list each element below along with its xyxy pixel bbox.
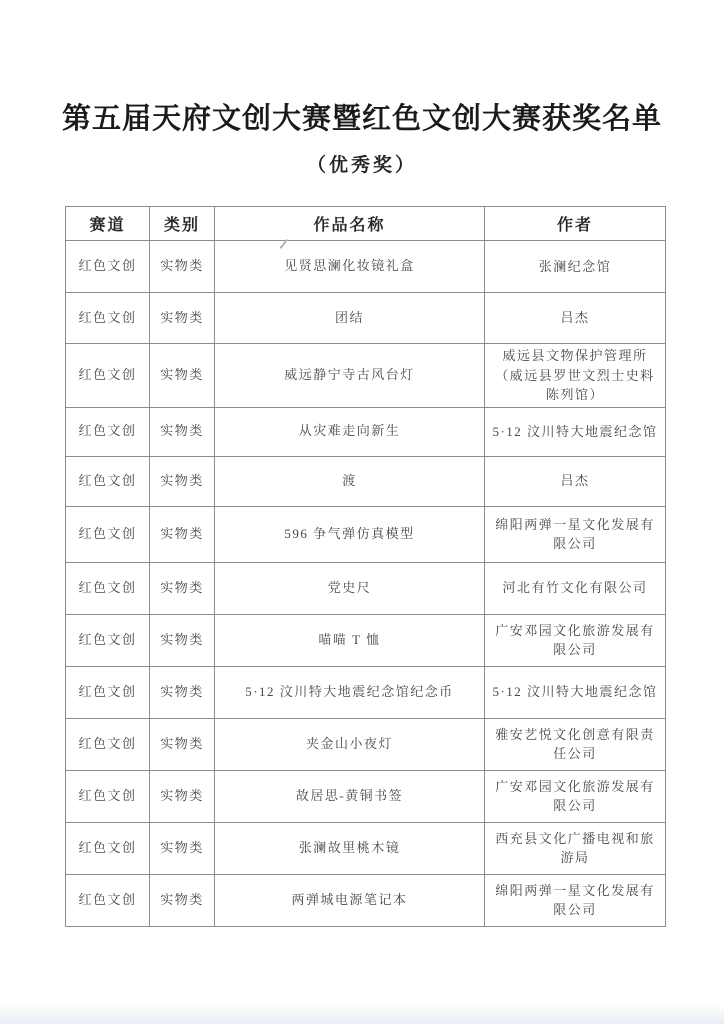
cell-track: 红色文创 xyxy=(66,293,150,344)
document-page: 第五届天府文创大赛暨红色文创大赛获奖名单 （优秀奖） 赛道 类别 作品名称 作者… xyxy=(0,0,724,1024)
table-header: 赛道 类别 作品名称 作者 xyxy=(66,207,666,241)
cell-track: 红色文创 xyxy=(66,874,150,926)
cell-work-name: 威远静宁寺古风台灯 xyxy=(215,344,485,408)
cell-category: 实物类 xyxy=(150,456,215,506)
col-header-work-name: 作品名称 xyxy=(215,207,485,241)
cell-work-name: 夹金山小夜灯 xyxy=(215,718,485,770)
table-row: 红色文创 实物类 两弹城电源笔记本 绵阳两弹一星文化发展有限公司 xyxy=(66,874,666,926)
header-row: 赛道 类别 作品名称 作者 xyxy=(66,207,666,241)
table-row: 红色文创 实物类 故居思-黄铜书签 广安邓园文化旅游发展有限公司 xyxy=(66,770,666,822)
cell-author: 张澜纪念馆 xyxy=(485,241,666,293)
cell-work-name: 故居思-黄铜书签 xyxy=(215,770,485,822)
cell-category: 实物类 xyxy=(150,770,215,822)
cell-track: 红色文创 xyxy=(66,718,150,770)
cell-track: 红色文创 xyxy=(66,822,150,874)
cell-work-name: 渡 xyxy=(215,456,485,506)
table-row: 红色文创 实物类 喵喵 T 恤 广安邓园文化旅游发展有限公司 xyxy=(66,614,666,666)
cell-work-name: 5·12 汶川特大地震纪念馆纪念币 xyxy=(215,666,485,718)
table-row: 红色文创 实物类 团结 吕杰 xyxy=(66,293,666,344)
table-row: 红色文创 实物类 见贤思澜化妆镜礼盒 张澜纪念馆 xyxy=(66,241,666,293)
page-subtitle: （优秀奖） xyxy=(0,150,724,177)
scan-edge-tint xyxy=(0,1004,724,1024)
cell-author: 威远县文物保护管理所（威远县罗世文烈士史料陈列馆） xyxy=(485,344,666,408)
table-row: 红色文创 实物类 张澜故里桃木镜 西充县文化广播电视和旅游局 xyxy=(66,822,666,874)
col-header-category: 类别 xyxy=(150,207,215,241)
cell-work-name: 喵喵 T 恤 xyxy=(215,614,485,666)
cell-author: 西充县文化广播电视和旅游局 xyxy=(485,822,666,874)
cell-category: 实物类 xyxy=(150,822,215,874)
cell-work-name: 从灾难走向新生 xyxy=(215,407,485,456)
cell-track: 红色文创 xyxy=(66,456,150,506)
cell-author: 绵阳两弹一星文化发展有限公司 xyxy=(485,874,666,926)
cell-work-name: 团结 xyxy=(215,293,485,344)
cell-category: 实物类 xyxy=(150,874,215,926)
cell-track: 红色文创 xyxy=(66,770,150,822)
page-title: 第五届天府文创大赛暨红色文创大赛获奖名单 xyxy=(0,96,724,137)
col-header-author: 作者 xyxy=(485,207,666,241)
table-row: 红色文创 实物类 从灾难走向新生 5·12 汶川特大地震纪念馆 xyxy=(66,407,666,456)
cell-track: 红色文创 xyxy=(66,614,150,666)
cell-category: 实物类 xyxy=(150,614,215,666)
table-row: 红色文创 实物类 渡 吕杰 xyxy=(66,456,666,506)
cell-author: 5·12 汶川特大地震纪念馆 xyxy=(485,407,666,456)
cell-track: 红色文创 xyxy=(66,666,150,718)
table-row: 红色文创 实物类 威远静宁寺古风台灯 威远县文物保护管理所（威远县罗世文烈士史料… xyxy=(66,344,666,408)
table-row: 红色文创 实物类 5·12 汶川特大地震纪念馆纪念币 5·12 汶川特大地震纪念… xyxy=(66,666,666,718)
cell-work-name: 596 争气弹仿真模型 xyxy=(215,506,485,562)
cell-author: 河北有竹文化有限公司 xyxy=(485,562,666,614)
cell-category: 实物类 xyxy=(150,241,215,293)
cell-work-name: 党史尺 xyxy=(215,562,485,614)
cell-category: 实物类 xyxy=(150,407,215,456)
cell-author: 广安邓园文化旅游发展有限公司 xyxy=(485,770,666,822)
cell-work-name: 张澜故里桃木镜 xyxy=(215,822,485,874)
col-header-track: 赛道 xyxy=(66,207,150,241)
cell-author: 广安邓园文化旅游发展有限公司 xyxy=(485,614,666,666)
cell-track: 红色文创 xyxy=(66,241,150,293)
cell-category: 实物类 xyxy=(150,562,215,614)
cell-author: 绵阳两弹一星文化发展有限公司 xyxy=(485,506,666,562)
cell-author: 雅安艺悦文化创意有限责任公司 xyxy=(485,718,666,770)
cell-track: 红色文创 xyxy=(66,407,150,456)
cell-author: 5·12 汶川特大地震纪念馆 xyxy=(485,666,666,718)
cell-work-name: 见贤思澜化妆镜礼盒 xyxy=(215,241,485,293)
table-body: 红色文创 实物类 见贤思澜化妆镜礼盒 张澜纪念馆 红色文创 实物类 团结 吕杰 … xyxy=(66,241,666,927)
awards-table: 赛道 类别 作品名称 作者 红色文创 实物类 见贤思澜化妆镜礼盒 张澜纪念馆 红… xyxy=(65,206,666,927)
table-row: 红色文创 实物类 596 争气弹仿真模型 绵阳两弹一星文化发展有限公司 xyxy=(66,506,666,562)
table-row: 红色文创 实物类 夹金山小夜灯 雅安艺悦文化创意有限责任公司 xyxy=(66,718,666,770)
cell-category: 实物类 xyxy=(150,666,215,718)
cell-work-name: 两弹城电源笔记本 xyxy=(215,874,485,926)
cell-track: 红色文创 xyxy=(66,344,150,408)
cell-track: 红色文创 xyxy=(66,506,150,562)
cell-category: 实物类 xyxy=(150,293,215,344)
cell-category: 实物类 xyxy=(150,718,215,770)
table-row: 红色文创 实物类 党史尺 河北有竹文化有限公司 xyxy=(66,562,666,614)
cell-author: 吕杰 xyxy=(485,293,666,344)
cell-track: 红色文创 xyxy=(66,562,150,614)
cell-category: 实物类 xyxy=(150,344,215,408)
cell-author: 吕杰 xyxy=(485,456,666,506)
cell-category: 实物类 xyxy=(150,506,215,562)
